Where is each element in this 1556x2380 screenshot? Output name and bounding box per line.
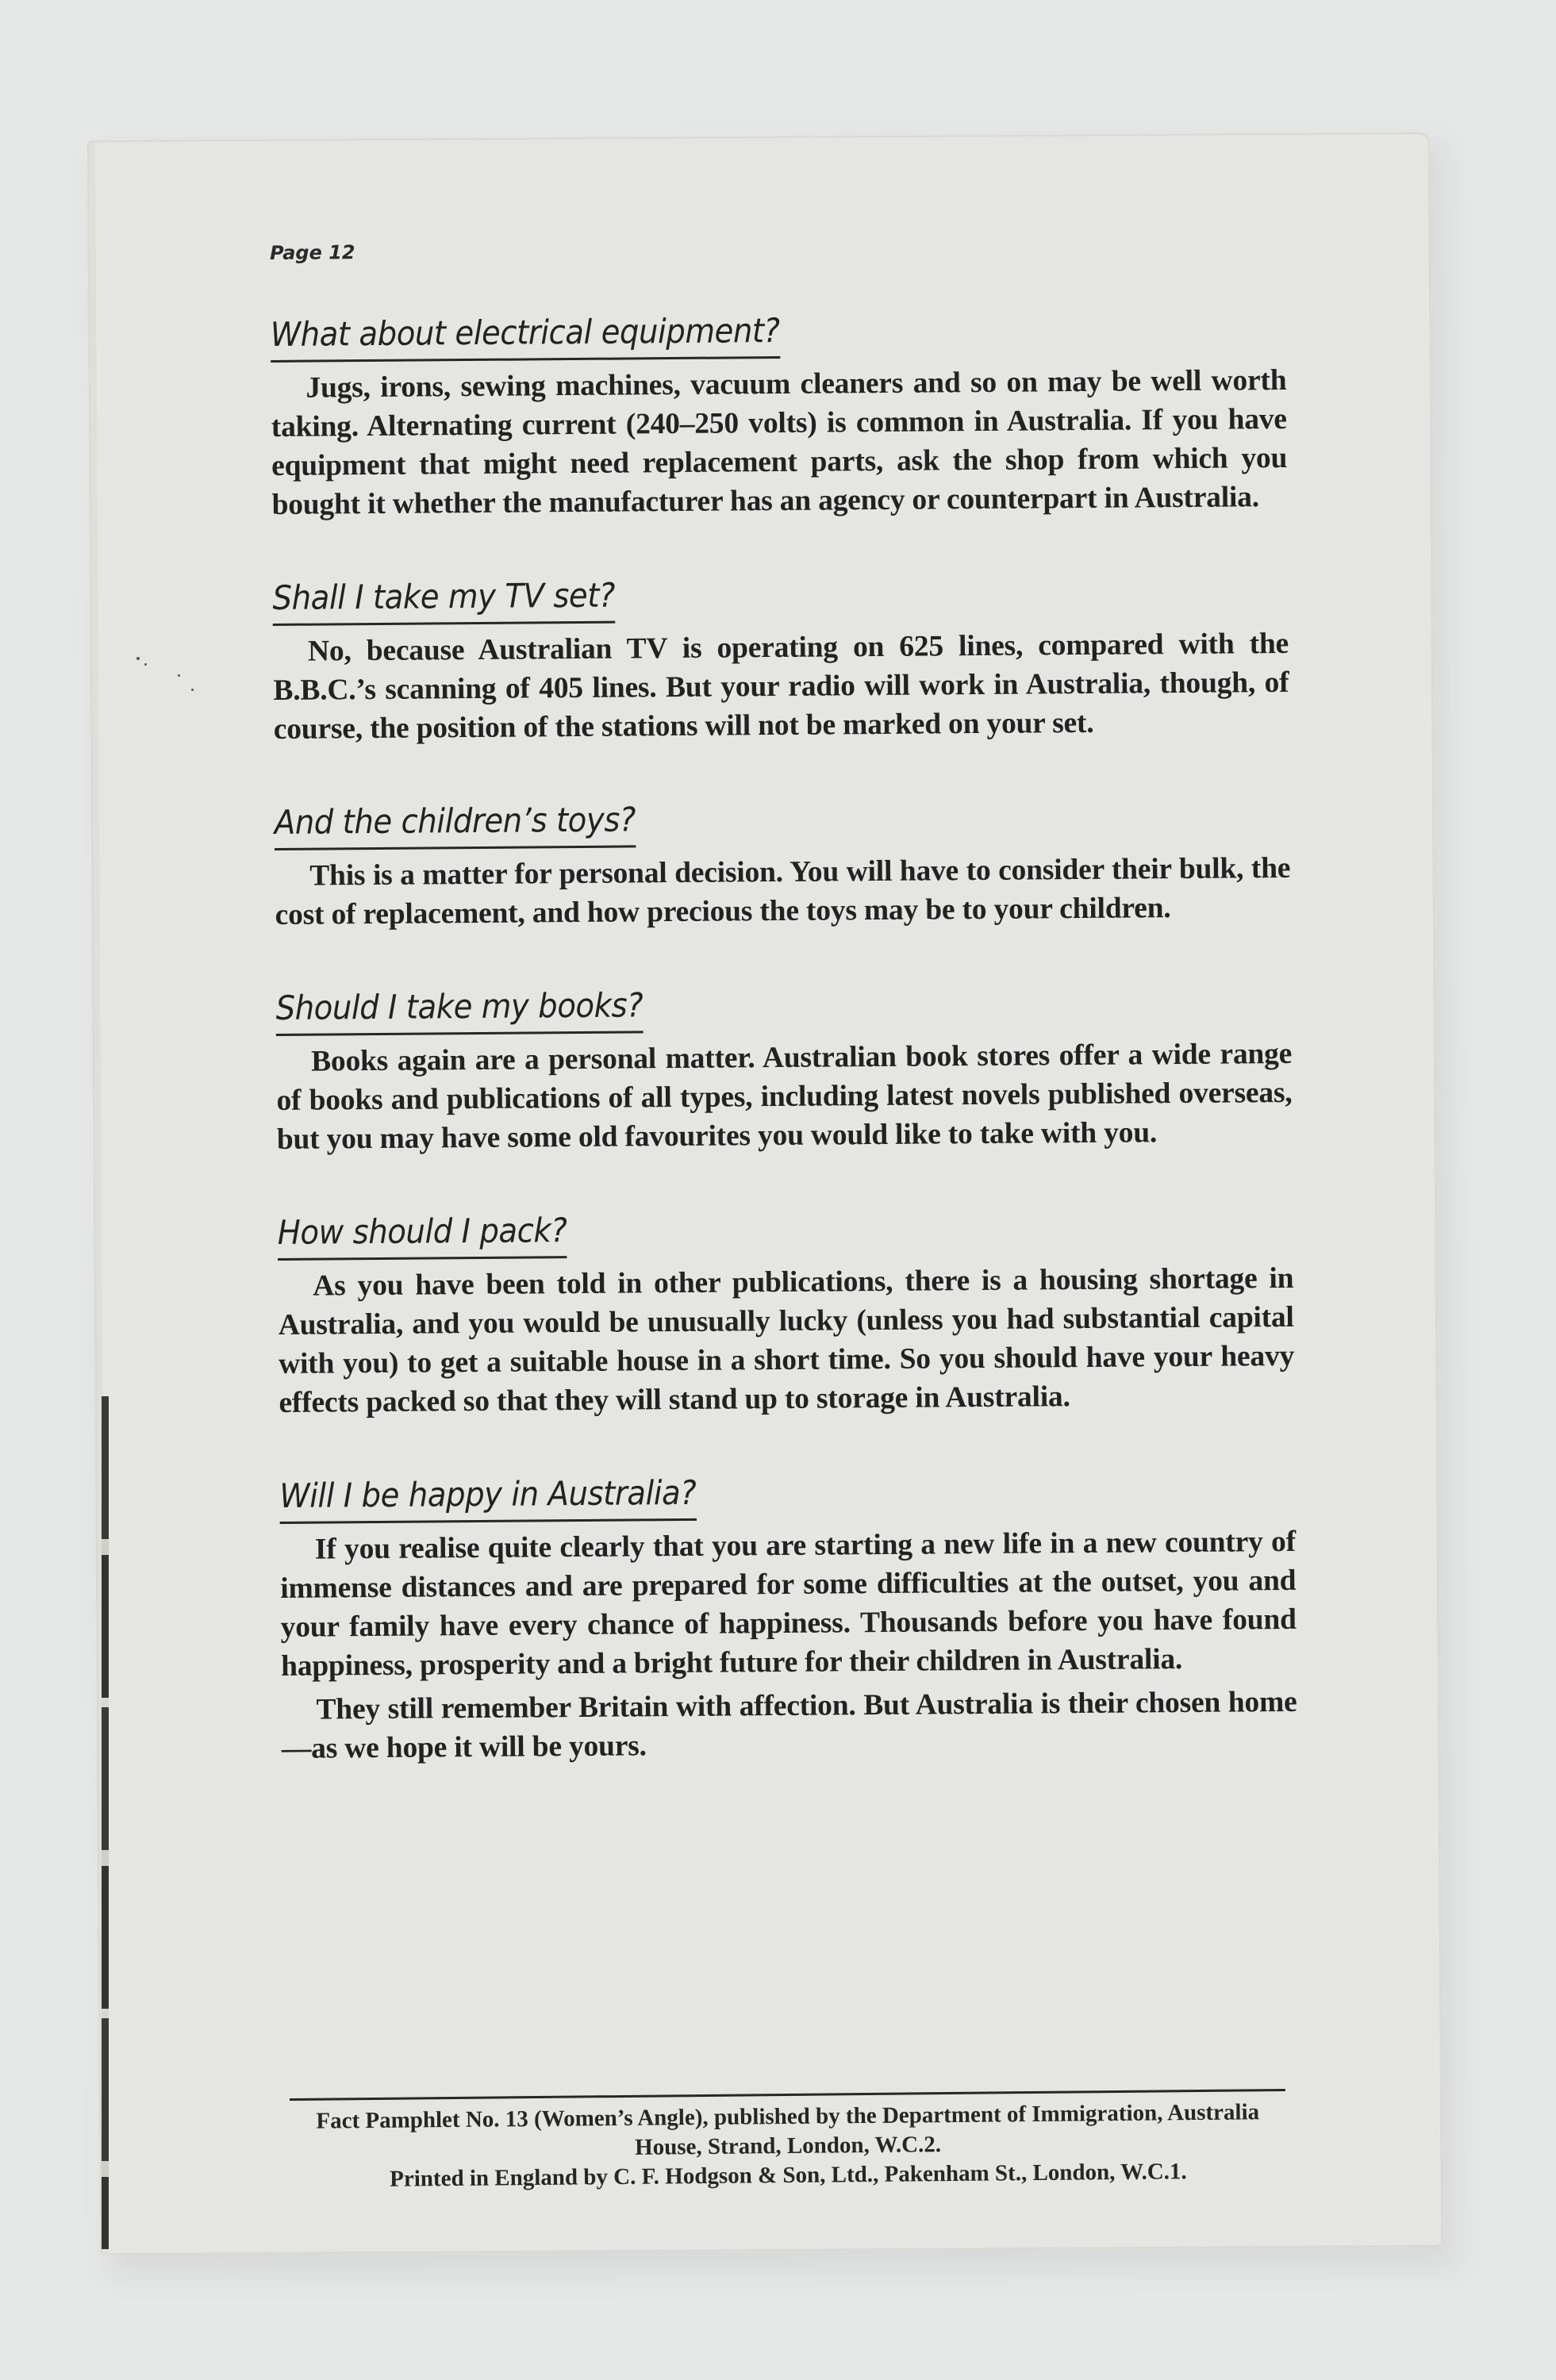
publication-line: Fact Pamphlet No. 13 (Women’s Angle), pu… [290, 2098, 1286, 2166]
section-packing: How should I pack? As you have been told… [278, 1205, 1295, 1422]
section-paragraph: As you have been told in other publicati… [278, 1259, 1294, 1422]
speck [191, 689, 194, 691]
section-heading: Shall I take my TV set? [272, 576, 615, 626]
section-heading: How should I pack? [278, 1211, 567, 1261]
section-electrical-equipment: What about electrical equipment? Jugs, i… [271, 307, 1288, 524]
speck [136, 657, 140, 660]
speck [178, 674, 180, 677]
page-content: Page 12 What about electrical equipment?… [270, 234, 1298, 1822]
section-paragraph: If you realise quite clearly that you ar… [280, 1522, 1297, 1686]
section-paragraph: Jugs, irons, sewing machines, vacuum cle… [271, 361, 1287, 524]
section-paragraph: Books again are a personal matter. Austr… [276, 1035, 1293, 1159]
section-paragraph: This is a matter for personal decision. … [275, 849, 1291, 935]
section-heading: Should I take my books? [275, 985, 643, 1036]
section-heading: What about electrical equipment? [271, 311, 780, 363]
binding-spine [102, 1396, 109, 2249]
section-heading: Will I be happy in Australia? [279, 1473, 696, 1524]
section-happiness: Will I be happy in Australia? If you rea… [279, 1468, 1297, 1768]
section-paragraph: They still remember Britain with affecti… [281, 1683, 1297, 1768]
section-childrens-toys: And the children’s toys? This is a matte… [275, 795, 1291, 935]
speck [144, 663, 147, 666]
section-tv-set: Shall I take my TV set? No, because Aust… [272, 570, 1289, 749]
colophon: Fact Pamphlet No. 13 (Women’s Angle), pu… [290, 2089, 1286, 2195]
section-heading: And the children’s toys? [275, 800, 636, 850]
section-paragraph: No, because Australian TV is operating o… [273, 624, 1289, 749]
section-books: Should I take my books? Books again are … [275, 981, 1293, 1159]
